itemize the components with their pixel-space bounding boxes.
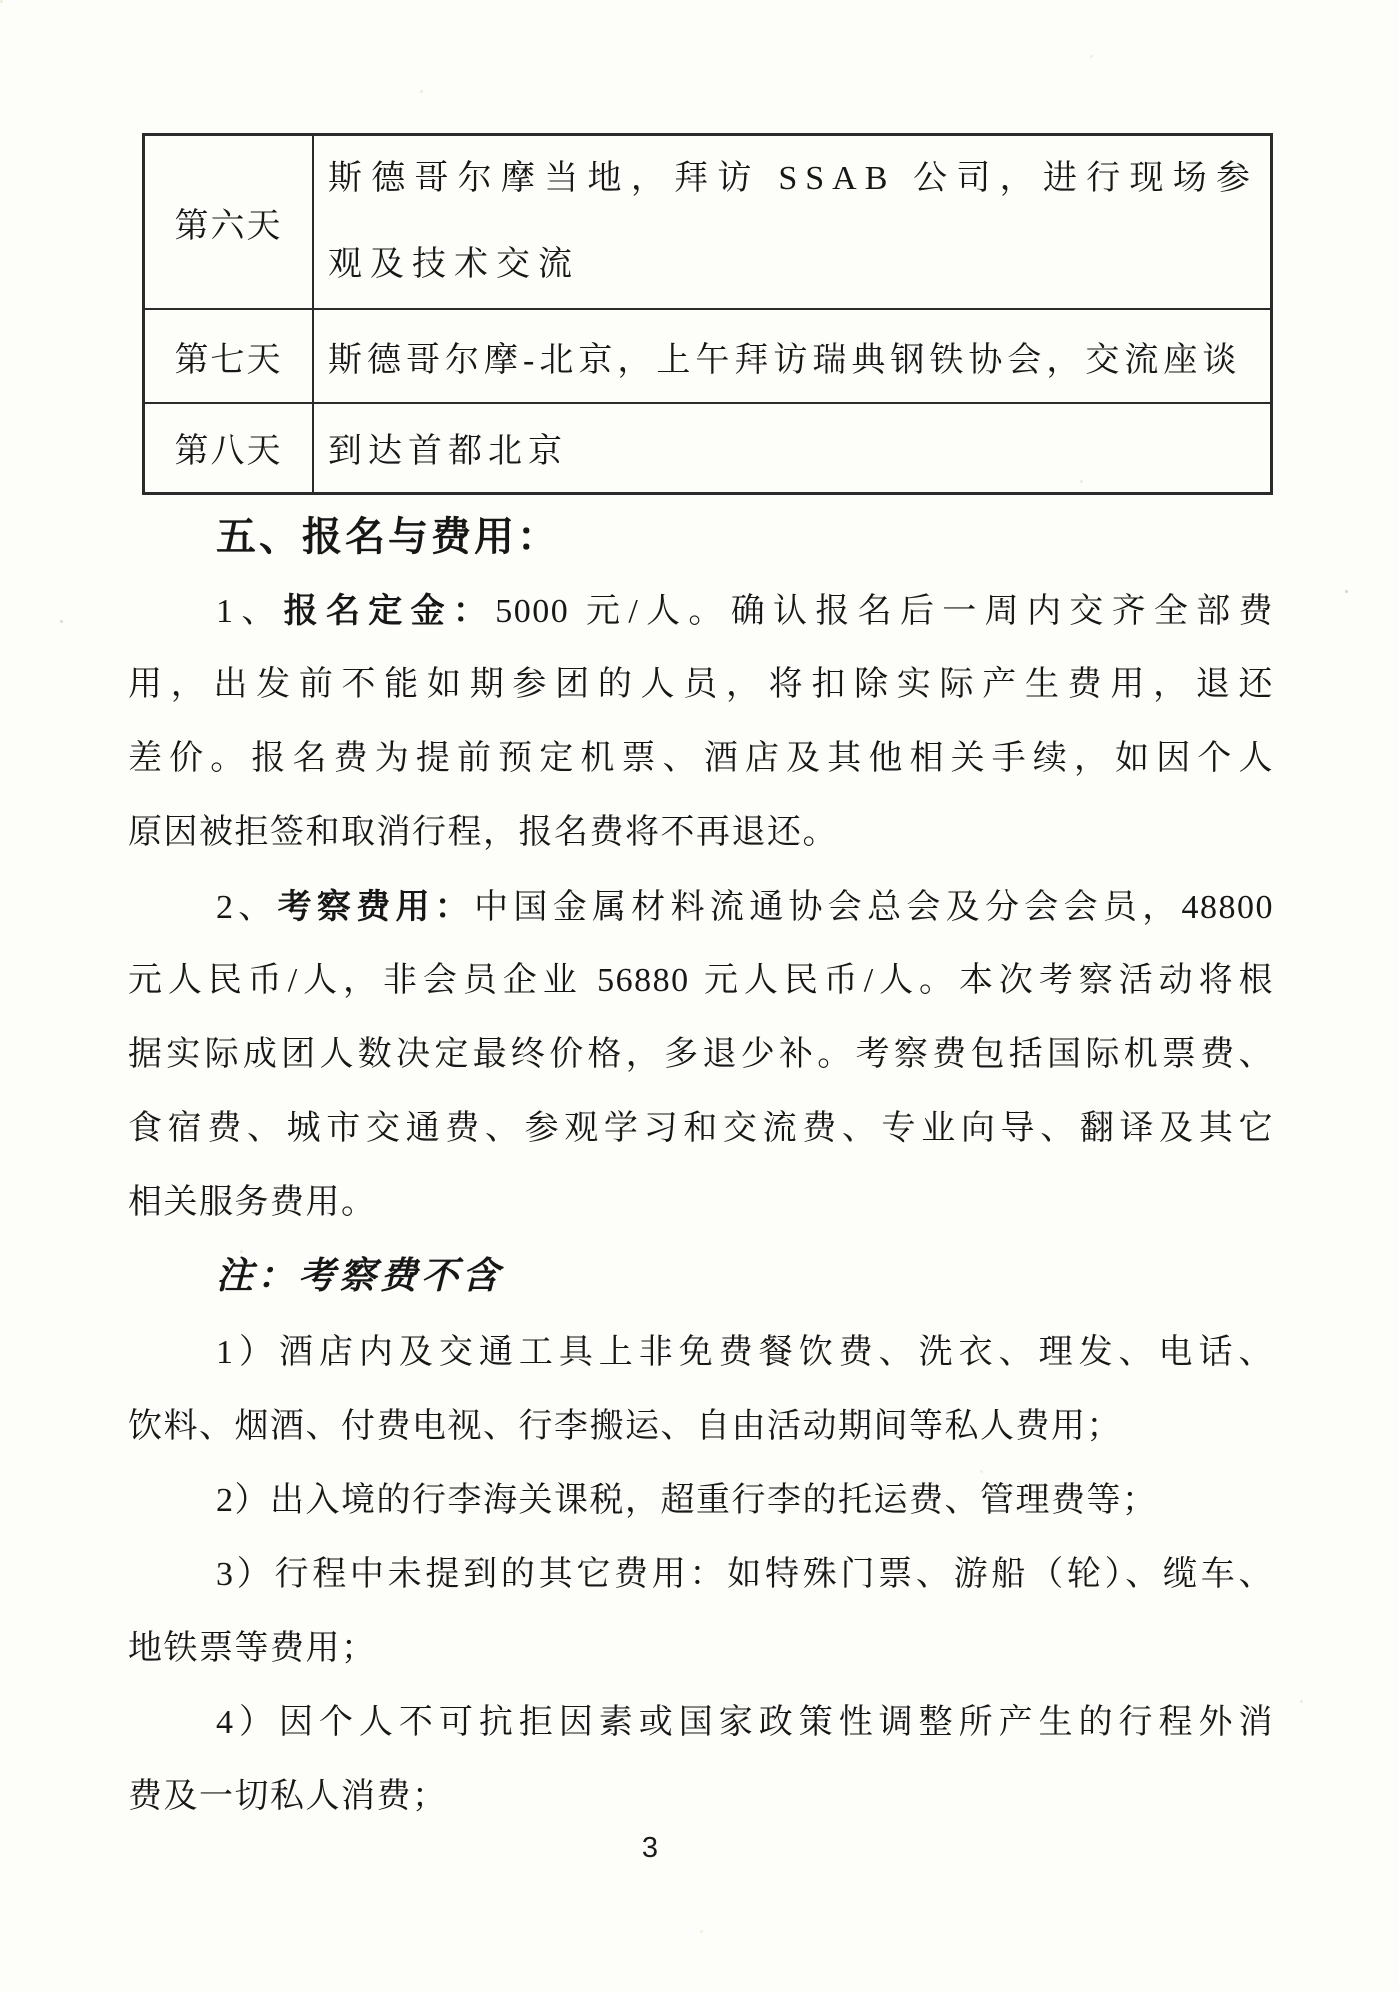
scan-noise	[0, 0, 3, 3]
line-text: 5000 元/人。确认报名后一周内交齐全部费	[495, 593, 1274, 630]
line-text: 费及一切私人消费；	[128, 1778, 448, 1815]
text-line: 食宿费、城市交通费、参观学习和交流费、专业向导、翻译及其它	[128, 1092, 1274, 1166]
document-body: 五、报名与费用： 1、报名定金：5000 元/人。确认报名后一周内交齐全部费用，…	[128, 500, 1274, 1834]
description-cell: 斯德哥尔摩-北京，上午拜访瑞典钢铁协会，交流座谈	[313, 309, 1272, 403]
list-number: 2、	[216, 889, 278, 926]
line-text: 食宿费、城市交通费、参观学习和交流费、专业向导、翻译及其它	[128, 1110, 1274, 1147]
text-line: 2）出入境的行李海关课税，超重行李的托运费、管理费等；	[128, 1464, 1274, 1538]
text-line: 注：考察费不含	[128, 1240, 1274, 1316]
text-line: 4）因个人不可抗拒因素或国家政策性调整所产生的行程外消	[128, 1686, 1274, 1760]
day-cell: 第六天	[144, 135, 314, 310]
text-line: 元人民币/人，非会员企业 56880 元人民币/人。本次考察活动将根	[128, 944, 1274, 1018]
text-line: 2、考察费用：中国金属材料流通协会总会及分会会员，48800	[128, 870, 1274, 944]
line-text: 地铁票等费用；	[128, 1630, 377, 1667]
body-lines: 1、报名定金：5000 元/人。确认报名后一周内交齐全部费用，出发前不能如期参团…	[128, 574, 1274, 1834]
section-heading: 五、报名与费用：	[128, 500, 1274, 574]
text-line: 1）酒店内及交通工具上非免费餐饮费、洗衣、理发、电话、	[128, 1316, 1274, 1390]
line-text: 4）因个人不可抗拒因素或国家政策性调整所产生的行程外消	[216, 1704, 1274, 1741]
bold-label: 报名定金：	[284, 592, 496, 630]
line-text: 1）酒店内及交通工具上非免费餐饮费、洗衣、理发、电话、	[216, 1334, 1274, 1371]
line-text: 差价。报名费为提前预定机票、酒店及其他相关手续，如因个人	[128, 740, 1274, 777]
line-text: 相关服务费用。	[128, 1184, 377, 1221]
description-cell: 到达首都北京	[313, 403, 1272, 493]
text-line: 1、报名定金：5000 元/人。确认报名后一周内交齐全部费	[128, 574, 1274, 648]
text-line: 据实际成团人数决定最终价格，多退少补。考察费包括国际机票费、	[128, 1018, 1274, 1092]
line-text: 3）行程中未提到的其它费用：如特殊门票、游船（轮）、缆车、	[216, 1556, 1274, 1593]
line-text: 原因被拒签和取消行程，报名费将不再退还。	[128, 814, 838, 851]
list-number: 1、	[216, 593, 284, 630]
description-cell: 斯德哥尔摩当地，拜访 SSAB 公司，进行现场参观及技术交流	[313, 135, 1272, 310]
page-number: 3	[470, 1832, 830, 1865]
text-line: 差价。报名费为提前预定机票、酒店及其他相关手续，如因个人	[128, 722, 1274, 796]
day-cell: 第八天	[144, 403, 314, 493]
line-text: 中国金属材料流通协会总会及分会会员，48800	[474, 889, 1274, 926]
line-text: 饮料、烟酒、付费电视、行李搬运、自由活动期间等私人费用；	[128, 1408, 1122, 1445]
table-row: 第八天 到达首都北京	[144, 403, 1272, 493]
text-line: 原因被拒签和取消行程，报名费将不再退还。	[128, 796, 1274, 870]
line-text: 据实际成团人数决定最终价格，多退少补。考察费包括国际机票费、	[128, 1036, 1274, 1073]
line-text: 元人民币/人，非会员企业 56880 元人民币/人。本次考察活动将根	[128, 962, 1274, 999]
text-line: 地铁票等费用；	[128, 1612, 1274, 1686]
text-line: 饮料、烟酒、付费电视、行李搬运、自由活动期间等私人费用；	[128, 1390, 1274, 1464]
table-row: 第七天 斯德哥尔摩-北京，上午拜访瑞典钢铁协会，交流座谈	[144, 309, 1272, 403]
line-text: 用，出发前不能如期参团的人员，将扣除实际产生费用，退还	[128, 666, 1274, 703]
table-row: 第六天 斯德哥尔摩当地，拜访 SSAB 公司，进行现场参观及技术交流	[144, 135, 1272, 310]
bold-label: 考察费用：	[278, 888, 475, 926]
text-line: 用，出发前不能如期参团的人员，将扣除实际产生费用，退还	[128, 648, 1274, 722]
text-line: 费及一切私人消费；	[128, 1760, 1274, 1834]
scanned-document-page: 第六天 斯德哥尔摩当地，拜访 SSAB 公司，进行现场参观及技术交流 第七天 斯…	[0, 0, 1399, 1991]
text-line: 3）行程中未提到的其它费用：如特殊门票、游船（轮）、缆车、	[128, 1538, 1274, 1612]
bold-label: 注：考察费不含	[216, 1256, 503, 1297]
text-line: 相关服务费用。	[128, 1166, 1274, 1240]
day-cell: 第七天	[144, 309, 314, 403]
itinerary-table: 第六天 斯德哥尔摩当地，拜访 SSAB 公司，进行现场参观及技术交流 第七天 斯…	[142, 133, 1273, 495]
line-text: 2）出入境的行李海关课税，超重行李的托运费、管理费等；	[216, 1482, 1158, 1519]
